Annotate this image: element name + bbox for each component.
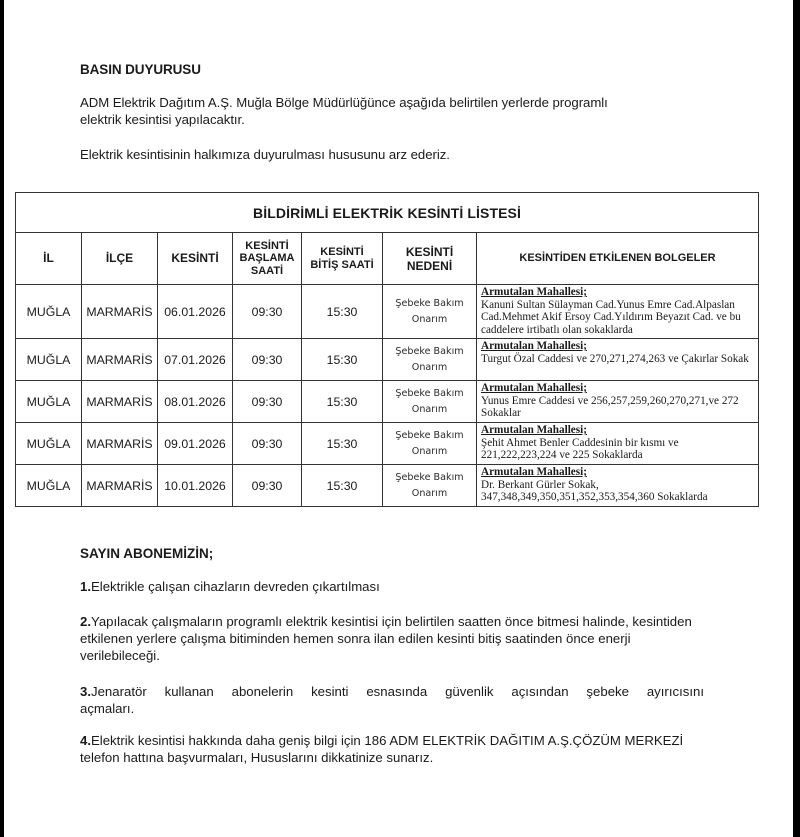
cell-affected-areas: Armutalan Mahallesi;Kanuni Sultan Sülaym… bbox=[477, 285, 759, 339]
reason-line-2: Onarım bbox=[412, 314, 447, 325]
table-row: MUĞLAMARMARİS07.01.202609:3015:30Şebeke … bbox=[16, 339, 759, 381]
header-end-time: KESİNTİ BİTİŞ SAATİ bbox=[302, 233, 383, 285]
header-end-l1: KESİNTİ bbox=[320, 246, 363, 258]
notice-item-1: 1.Elektrikle çalışan cihazların devreden… bbox=[80, 578, 704, 595]
cell-affected-areas: Armutalan Mahallesi;Dr. Berkant Gürler S… bbox=[477, 465, 759, 507]
table-row: MUĞLAMARMARİS10.01.202609:3015:30Şebeke … bbox=[16, 465, 759, 507]
reason-line-1: Şebeke Bakım bbox=[395, 472, 463, 483]
document-page: BASIN DUYURUSU ADM Elektrik Dağıtım A.Ş.… bbox=[4, 0, 793, 837]
cell-reason: Şebeke BakımOnarım bbox=[383, 465, 477, 507]
header-end-l2: BİTİŞ SAATİ bbox=[310, 259, 373, 271]
intro-line-2: elektrik kesintisi yapılacaktır. bbox=[80, 112, 245, 127]
neighborhood-name: Armutalan Mahallesi; bbox=[481, 340, 755, 353]
reason-line-2: Onarım bbox=[412, 488, 447, 499]
reason-line-1: Şebeke Bakım bbox=[395, 346, 463, 357]
reason-line-1: Şebeke Bakım bbox=[395, 298, 463, 309]
neighborhood-name: Armutalan Mahallesi; bbox=[481, 382, 755, 395]
intro-line-1: ADM Elektrik Dağıtım A.Ş. Muğla Bölge Mü… bbox=[80, 95, 608, 110]
notice-item-4: 4.Elektrik kesintisi hakkında daha geniş… bbox=[80, 732, 704, 766]
cell-reason: Şebeke BakımOnarım bbox=[383, 381, 477, 423]
cell-reason: Şebeke BakımOnarım bbox=[383, 423, 477, 465]
header-reason: KESİNTİ NEDENİ bbox=[383, 233, 477, 285]
cell-date: 06.01.2026 bbox=[158, 285, 233, 339]
cell-end-time: 15:30 bbox=[302, 339, 383, 381]
notice-item-number: 2. bbox=[80, 614, 91, 629]
area-list: Turgut Özal Caddesi ve 270,271,274,263 v… bbox=[481, 353, 749, 365]
cell-il: MUĞLA bbox=[16, 423, 82, 465]
neighborhood-name: Armutalan Mahallesi; bbox=[481, 424, 755, 437]
cell-reason: Şebeke BakımOnarım bbox=[383, 285, 477, 339]
cell-affected-areas: Armutalan Mahallesi;Şehit Ahmet Benler C… bbox=[477, 423, 759, 465]
area-list: Dr. Berkant Gürler Sokak, 347,348,349,35… bbox=[481, 479, 708, 504]
notice-item-number: 3. bbox=[80, 684, 91, 699]
cell-start-time: 09:30 bbox=[233, 381, 302, 423]
cell-ilce: MARMARİS bbox=[82, 339, 158, 381]
notice-item-text-cont: açmaları. bbox=[80, 701, 134, 716]
notice-item-3: 3.Jenaratör kullanan abonelerin kesinti … bbox=[80, 683, 704, 717]
notice-item-text: Elektrik kesintisi hakkında daha geniş b… bbox=[80, 733, 683, 765]
cell-end-time: 15:30 bbox=[302, 465, 383, 507]
cell-il: MUĞLA bbox=[16, 339, 82, 381]
cell-start-time: 09:30 bbox=[233, 465, 302, 507]
cell-start-time: 09:30 bbox=[233, 339, 302, 381]
notice-item-2: 2.Yapılacak çalışmaların programlı elekt… bbox=[80, 613, 704, 664]
cell-ilce: MARMARİS bbox=[82, 285, 158, 339]
notice-item-text: Yapılacak çalışmaların programlı elektri… bbox=[80, 614, 692, 663]
area-list: Şehit Ahmet Benler Caddesinin bir kısmı … bbox=[481, 437, 679, 462]
table-row: MUĞLAMARMARİS06.01.202609:3015:30Şebeke … bbox=[16, 285, 759, 339]
subscribers-heading: SAYIN ABONEMİZİN; bbox=[80, 546, 213, 561]
header-start-l3: SAATİ bbox=[251, 265, 283, 277]
header-start-l2: BAŞLAMA bbox=[240, 252, 295, 264]
notice-item-text: Jenaratör kullanan abonelerin kesinti es… bbox=[91, 684, 704, 699]
cell-il: MUĞLA bbox=[16, 285, 82, 339]
cell-affected-areas: Armutalan Mahallesi;Turgut Özal Caddesi … bbox=[477, 339, 759, 381]
outage-table: BİLDİRİMLİ ELEKTRİK KESİNTİ LİSTESİ İL İ… bbox=[15, 192, 759, 507]
cell-end-time: 15:30 bbox=[302, 423, 383, 465]
cell-reason: Şebeke BakımOnarım bbox=[383, 339, 477, 381]
cell-date: 10.01.2026 bbox=[158, 465, 233, 507]
header-ilce: İLÇE bbox=[82, 233, 158, 285]
cell-ilce: MARMARİS bbox=[82, 381, 158, 423]
header-kesinti: KESİNTİ bbox=[158, 233, 233, 285]
header-start-time: KESİNTİ BAŞLAMA SAATİ bbox=[233, 233, 302, 285]
intro-paragraph: ADM Elektrik Dağıtım A.Ş. Muğla Bölge Mü… bbox=[80, 94, 700, 128]
header-reason-l1: KESİNTİ bbox=[406, 245, 453, 259]
area-list: Yunus Emre Caddesi ve 256,257,259,260,27… bbox=[481, 395, 739, 420]
cell-date: 07.01.2026 bbox=[158, 339, 233, 381]
announcement-paragraph: Elektrik kesintisinin halkımıza duyurulm… bbox=[80, 146, 450, 163]
neighborhood-name: Armutalan Mahallesi; bbox=[481, 286, 755, 299]
press-release-heading: BASIN DUYURUSU bbox=[80, 62, 201, 77]
table-row: MUĞLAMARMARİS08.01.202609:3015:30Şebeke … bbox=[16, 381, 759, 423]
cell-date: 09.01.2026 bbox=[158, 423, 233, 465]
header-affected-areas: KESİNTİDEN ETKİLENEN BOLGELER bbox=[477, 233, 759, 285]
table-row: MUĞLAMARMARİS09.01.202609:3015:30Şebeke … bbox=[16, 423, 759, 465]
cell-start-time: 09:30 bbox=[233, 285, 302, 339]
header-reason-l2: NEDENİ bbox=[407, 259, 452, 273]
reason-line-1: Şebeke Bakım bbox=[395, 430, 463, 441]
header-il: İL bbox=[16, 233, 82, 285]
cell-start-time: 09:30 bbox=[233, 423, 302, 465]
neighborhood-name: Armutalan Mahallesi; bbox=[481, 466, 755, 479]
table-title: BİLDİRİMLİ ELEKTRİK KESİNTİ LİSTESİ bbox=[16, 193, 759, 233]
header-start-l1: KESİNTİ bbox=[245, 240, 288, 252]
reason-line-1: Şebeke Bakım bbox=[395, 388, 463, 399]
reason-line-2: Onarım bbox=[412, 446, 447, 457]
cell-ilce: MARMARİS bbox=[82, 423, 158, 465]
cell-il: MUĞLA bbox=[16, 381, 82, 423]
table-header-row: İL İLÇE KESİNTİ KESİNTİ BAŞLAMA SAATİ KE… bbox=[16, 233, 759, 285]
notice-item-text: Elektrikle çalışan cihazların devreden ç… bbox=[91, 579, 380, 594]
reason-line-2: Onarım bbox=[412, 404, 447, 415]
cell-affected-areas: Armutalan Mahallesi;Yunus Emre Caddesi v… bbox=[477, 381, 759, 423]
cell-end-time: 15:30 bbox=[302, 285, 383, 339]
cell-ilce: MARMARİS bbox=[82, 465, 158, 507]
cell-end-time: 15:30 bbox=[302, 381, 383, 423]
notice-item-number: 4. bbox=[80, 733, 91, 748]
cell-date: 08.01.2026 bbox=[158, 381, 233, 423]
cell-il: MUĞLA bbox=[16, 465, 82, 507]
reason-line-2: Onarım bbox=[412, 362, 447, 373]
area-list: Kanuni Sultan Sülayman Cad.Yunus Emre Ca… bbox=[481, 299, 741, 336]
notice-item-number: 1. bbox=[80, 579, 91, 594]
